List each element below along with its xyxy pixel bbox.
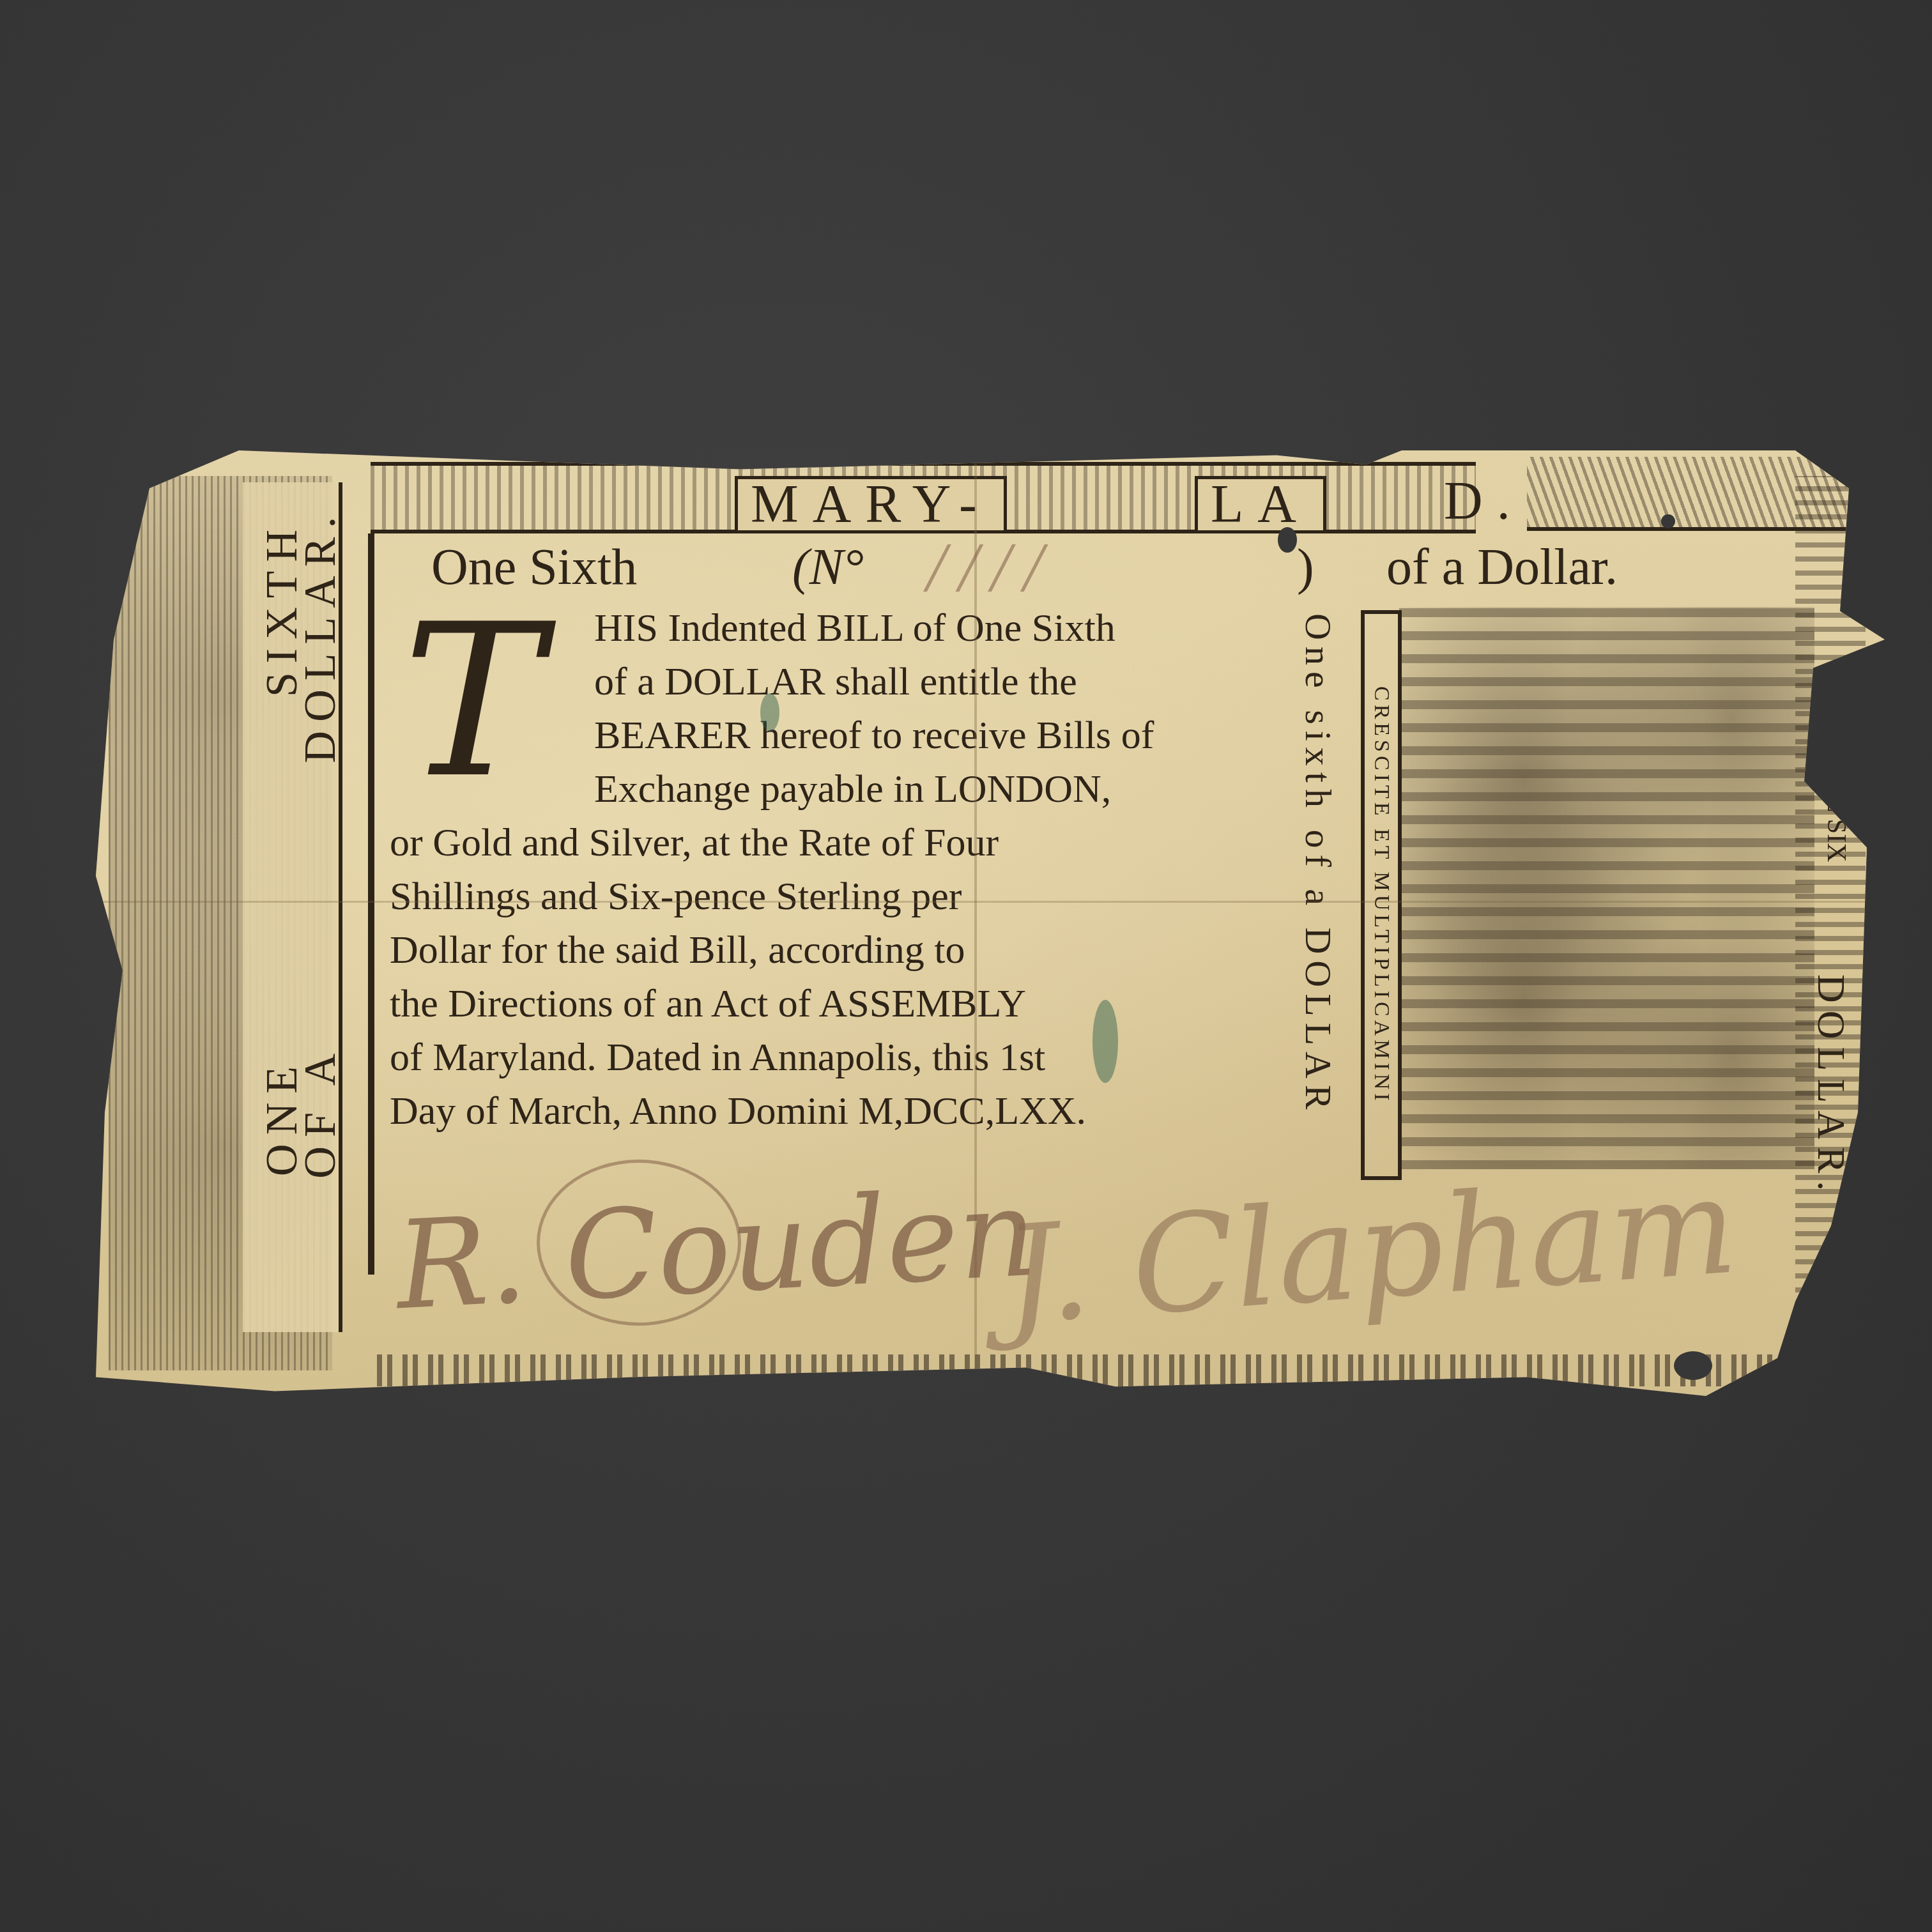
green-stain [760,693,779,732]
left-text-of-a: OF A [295,1045,346,1179]
motto-ribbon: CRESCITE ET MULTIPLICAMINI [1361,610,1402,1180]
right-text-upper: ONE SIX [1821,757,1851,862]
paper-hole [1674,1351,1712,1380]
maryland-coat-of-arms-engraving [1399,607,1814,1169]
title-d: D. [1431,476,1537,527]
paper-hole [1661,514,1675,528]
vertical-fold-crease [974,450,977,1396]
body-line: of a DOLLAR shall entitle the [390,655,1386,709]
serial-number-handwritten: //// [926,527,1055,608]
serial-prefix: (N° [792,539,864,597]
body-line: BEARER hereof to receive Bills of [390,709,1386,762]
center-vertical-denomination: One sixth of a DOLLAR [1297,613,1340,1116]
body-line: Shillings and Six-pence Sterling per [390,870,1386,923]
serial-close: ) [1297,539,1314,597]
left-divider-rule [368,533,374,1275]
bill-body-text: HIS Indented BILL of One Sixth of a DOLL… [390,601,1386,1138]
signature-2: J. Clapham [999,1147,1742,1354]
banknote: SIXTH DOLLAR. ONE OF A MARY- LA D. One S… [96,450,1885,1396]
paper-hole [1278,527,1297,553]
body-line: Day of March, Anno Domini M,DCC,LXX. [390,1084,1386,1138]
body-line: Dollar for the said Bill, according to [390,923,1386,977]
left-text-dollar: DOLLAR. [295,508,346,763]
body-line: the Directions of an Act of ASSEMBLY [390,977,1386,1031]
body-line: HIS Indented BILL of One Sixth [390,601,1386,655]
body-line: Exchange payable in LONDON, [390,762,1386,816]
bottom-ornamental-border [377,1354,1866,1386]
signature-1: R. Couden [393,1162,1040,1337]
title-mary: MARY- [735,476,1007,533]
left-side-panel: SIXTH DOLLAR. ONE OF A [243,482,342,1332]
title-la: LA [1195,476,1326,533]
body-line: of Maryland. Dated in Annapolis, this 1s… [390,1031,1386,1084]
green-stain [1092,1000,1118,1083]
denomination-right: of a Dollar. [1386,539,1618,597]
right-text-dollar: DOLLAR. [1808,974,1853,1199]
body-line: or Gold and Silver, at the Rate of Four [390,816,1386,870]
horizontal-fold-crease [96,901,1885,903]
